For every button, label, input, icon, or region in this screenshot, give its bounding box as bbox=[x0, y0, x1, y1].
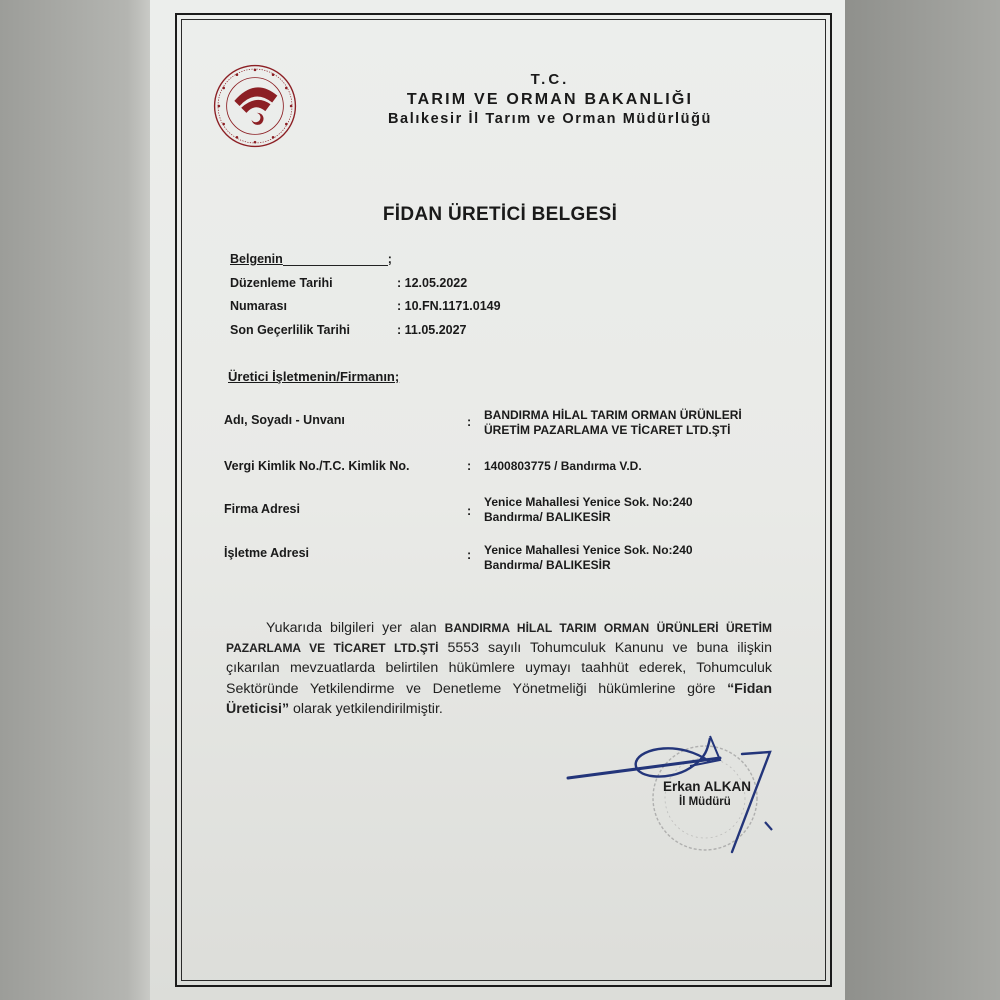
facility-address-line1: Yenice Mahallesi Yenice Sok. No:240 bbox=[484, 543, 693, 557]
tax-id-value: 1400803775 / Bandırma V.D. bbox=[484, 459, 642, 474]
directorate-name: Balıkesir İl Tarım ve Orman Müdürlüğü bbox=[300, 110, 800, 129]
background-right bbox=[845, 0, 1000, 1000]
ministry-seal-icon bbox=[212, 63, 298, 149]
document-heading: Belgenin bbox=[230, 252, 283, 266]
signer-name: Erkan ALKAN bbox=[663, 779, 751, 794]
expiry-date-label: Son Geçerlilik Tarihi bbox=[230, 323, 350, 337]
company-address-label: Firma Adresi bbox=[224, 502, 300, 516]
company-address-line2: Bandırma/ BALIKESİR bbox=[484, 510, 611, 524]
company-name-label: Adı, Soyadı - Unvanı bbox=[224, 413, 345, 427]
document-title: FİDAN ÜRETİCİ BELGESİ bbox=[200, 204, 800, 226]
facility-address-label: İşletme Adresi bbox=[224, 546, 309, 560]
issue-date-label: Düzenleme Tarihi bbox=[230, 276, 333, 290]
document-number-value: : 10.FN.1171.0149 bbox=[397, 299, 501, 313]
authorization-statement: Yukarıda bilgileri yer alan BANDIRMA HİL… bbox=[226, 618, 772, 719]
signature-and-seal-icon bbox=[560, 730, 800, 860]
company-name-line2: ÜRETİM PAZARLAMA VE TİCARET LTD.ŞTİ bbox=[484, 423, 730, 437]
company-address-line1: Yenice Mahallesi Yenice Sok. No:240 bbox=[484, 495, 693, 509]
facility-address-line2: Bandırma/ BALIKESİR bbox=[484, 558, 611, 572]
producer-section-heading: Üretici İşletmenin/Firmanın; bbox=[228, 369, 399, 384]
expiry-date-value: : 11.05.2027 bbox=[397, 323, 467, 337]
tax-id-label: Vergi Kimlik No./T.C. Kimlik No. bbox=[224, 459, 409, 473]
issue-date-value: : 12.05.2022 bbox=[397, 276, 467, 290]
issuer-header: T.C. TARIM VE ORMAN BAKANLIĞI Balıkesir … bbox=[300, 70, 800, 129]
signer-title: İl Müdürü bbox=[679, 796, 731, 808]
company-name-line1: BANDIRMA HİLAL TARIM ORMAN ÜRÜNLERİ bbox=[484, 408, 742, 422]
document-number-label: Numarası bbox=[230, 299, 287, 313]
country-label: T.C. bbox=[300, 70, 800, 90]
ministry-name: TARIM VE ORMAN BAKANLIĞI bbox=[300, 90, 800, 110]
background-left bbox=[0, 0, 150, 1000]
heading-underline bbox=[283, 253, 388, 266]
